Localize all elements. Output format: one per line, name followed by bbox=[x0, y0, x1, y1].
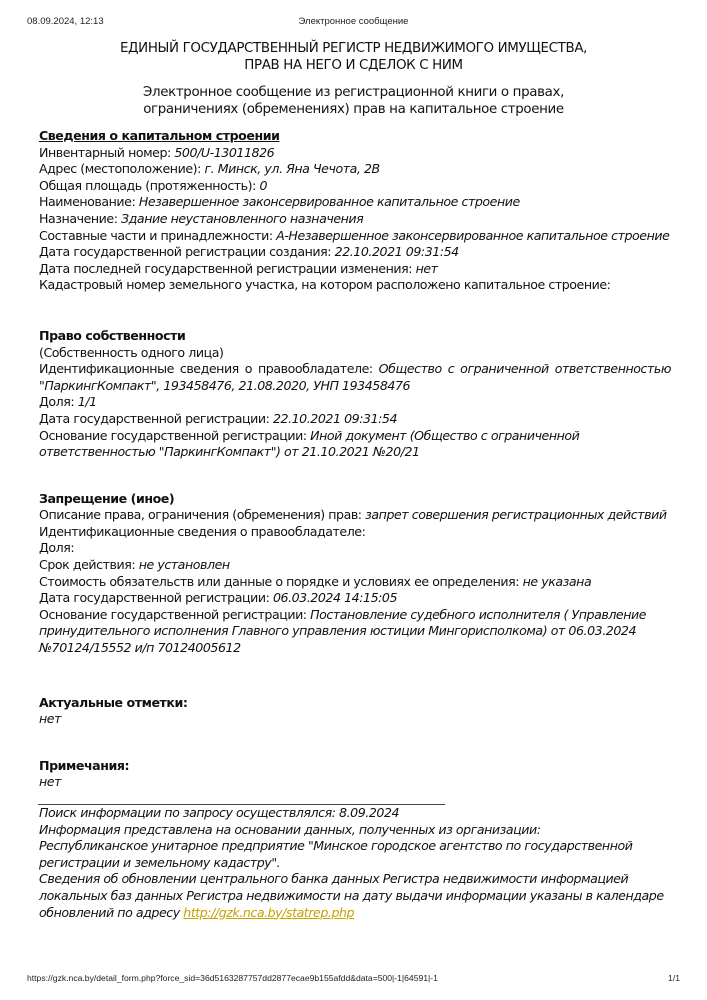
current-marks-value: нет bbox=[39, 711, 671, 728]
ownership-subheading: (Собственность одного лица) bbox=[39, 345, 671, 362]
field-label: Кадастровый номер земельного участка, на… bbox=[39, 277, 610, 292]
field-label: Доля: bbox=[39, 540, 74, 555]
field-label: Стоимость обязательств или данные о поря… bbox=[39, 574, 523, 589]
field-value: 0 bbox=[259, 178, 267, 193]
field-label: Наименование: bbox=[39, 194, 139, 209]
field-share: Доля: 1/1 bbox=[39, 394, 671, 411]
field-value: г. Минск, ул. Яна Чечота, 2В bbox=[204, 161, 379, 176]
footnote: Поиск информации по запросу осуществлялс… bbox=[39, 805, 671, 921]
field-purpose: Назначение: Здание неустановленного назн… bbox=[39, 211, 671, 228]
field-label: Дата государственной регистрации: bbox=[39, 590, 273, 605]
field-last-change-registration-date: Дата последней государственной регистрац… bbox=[39, 261, 671, 278]
field-value: 22.10.2021 09:31:54 bbox=[273, 411, 397, 426]
print-page-number: 1/1 bbox=[668, 973, 680, 983]
field-value: А-Незавершенное законсервированное капит… bbox=[276, 228, 669, 243]
print-header: 08.09.2024, 12:13 Электронное сообщение bbox=[0, 16, 707, 30]
field-restriction-description: Описание права, ограничения (обременения… bbox=[39, 507, 671, 524]
field-value: 22.10.2021 09:31:54 bbox=[335, 244, 459, 259]
prohibition-section: Запрещение (иное) Описание права, ограни… bbox=[39, 491, 671, 657]
field-value: не указана bbox=[523, 574, 592, 589]
field-label: Инвентарный номер: bbox=[39, 145, 174, 160]
prohibition-heading: Запрещение (иное) bbox=[39, 491, 671, 508]
field-components: Составные части и принадлежности: А-Неза… bbox=[39, 228, 671, 245]
field-registration-basis: Основание государственной регистрации: П… bbox=[39, 607, 671, 657]
field-value: 500/U-13011826 bbox=[174, 145, 274, 160]
print-url: https://gzk.nca.by/detail_form.php?force… bbox=[27, 973, 438, 983]
field-label: Адрес (местоположение): bbox=[39, 161, 204, 176]
footnote-update-info: Сведения об обновлении центрального банк… bbox=[39, 871, 671, 921]
current-marks-heading: Актуальные отметки: bbox=[39, 695, 671, 712]
field-registration-date: Дата государственной регистрации: 22.10.… bbox=[39, 411, 671, 428]
field-value: 1/1 bbox=[78, 394, 97, 409]
building-heading: Сведения о капитальном строении bbox=[39, 128, 671, 145]
document-content: Сведения о капитальном строении Инвентар… bbox=[39, 128, 671, 791]
field-value: Незавершенное законсервированное капитал… bbox=[139, 194, 520, 209]
field-value: нет bbox=[416, 261, 438, 276]
field-total-area: Общая площадь (протяженность): 0 bbox=[39, 178, 671, 195]
document-subtitle-line-1: Электронное сообщение из регистрационной… bbox=[0, 84, 707, 101]
notes-heading: Примечания: bbox=[39, 758, 671, 775]
current-marks-section: Актуальные отметки: нет bbox=[39, 695, 671, 728]
field-rightholder-info: Идентификационные сведения о правооблада… bbox=[39, 361, 671, 394]
field-label: Срок действия: bbox=[39, 557, 139, 572]
field-label: Дата государственной регистрации: bbox=[39, 411, 273, 426]
field-address: Адрес (местоположение): г. Минск, ул. Ян… bbox=[39, 161, 671, 178]
field-label: Основание государственной регистрации: bbox=[39, 607, 310, 622]
field-value: 06.03.2024 14:15:05 bbox=[273, 590, 397, 605]
field-label: Дата государственной регистрации создани… bbox=[39, 244, 335, 259]
field-name: Наименование: Незавершенное законсервиро… bbox=[39, 194, 671, 211]
document-subtitle-line-2: ограничениях (обременениях) прав на капи… bbox=[0, 101, 707, 118]
field-cadastral-number: Кадастровый номер земельного участка, на… bbox=[39, 277, 671, 294]
ownership-section: Право собственности (Собственность одног… bbox=[39, 328, 671, 461]
field-validity-period: Срок действия: не установлен bbox=[39, 557, 671, 574]
document-title: ЕДИНЫЙ ГОСУДАРСТВЕННЫЙ РЕГИСТР НЕДВИЖИМО… bbox=[0, 40, 707, 74]
field-label: Идентификационные сведения о правооблада… bbox=[39, 361, 379, 376]
field-label: Основание государственной регистрации: bbox=[39, 428, 310, 443]
field-value: Здание неустановленного назначения bbox=[121, 211, 363, 226]
print-page-title: Электронное сообщение bbox=[0, 16, 707, 27]
field-obligation-cost: Стоимость обязательств или данные о поря… bbox=[39, 574, 671, 591]
field-label: Общая площадь (протяженность): bbox=[39, 178, 259, 193]
footnote-source-org: Республиканское унитарное предприятие "М… bbox=[39, 838, 671, 871]
field-share: Доля: bbox=[39, 540, 671, 557]
footnote-source-intro: Информация представлена на основании дан… bbox=[39, 822, 671, 839]
document-title-line-2: ПРАВ НА НЕГО И СДЕЛОК С НИМ bbox=[0, 57, 707, 74]
field-creation-registration-date: Дата государственной регистрации создани… bbox=[39, 244, 671, 261]
field-registration-basis: Основание государственной регистрации: И… bbox=[39, 428, 671, 461]
field-inventory-number: Инвентарный номер: 500/U-13011826 bbox=[39, 145, 671, 162]
field-value: запрет совершения регистрационных действ… bbox=[365, 507, 666, 522]
field-label: Доля: bbox=[39, 394, 78, 409]
notes-value: нет bbox=[39, 774, 671, 791]
print-footer: https://gzk.nca.by/detail_form.php?force… bbox=[0, 973, 707, 987]
field-value: не установлен bbox=[139, 557, 230, 572]
field-label: Дата последней государственной регистрац… bbox=[39, 261, 416, 276]
building-section: Сведения о капитальном строении Инвентар… bbox=[39, 128, 671, 294]
field-label: Составные части и принадлежности: bbox=[39, 228, 276, 243]
document-subtitle: Электронное сообщение из регистрационной… bbox=[0, 84, 707, 118]
ownership-heading: Право собственности bbox=[39, 328, 671, 345]
field-rightholder-info: Идентификационные сведения о правооблада… bbox=[39, 524, 671, 541]
field-registration-date: Дата государственной регистрации: 06.03.… bbox=[39, 590, 671, 607]
field-label: Назначение: bbox=[39, 211, 121, 226]
statrep-link[interactable]: http://gzk.nca.by/statrep.php bbox=[183, 905, 354, 920]
footnote-search-date: Поиск информации по запросу осуществлялс… bbox=[39, 805, 671, 822]
field-label: Описание права, ограничения (обременения… bbox=[39, 507, 365, 522]
notes-section: Примечания: нет bbox=[39, 758, 671, 791]
document-title-line-1: ЕДИНЫЙ ГОСУДАРСТВЕННЫЙ РЕГИСТР НЕДВИЖИМО… bbox=[0, 40, 707, 57]
field-label: Идентификационные сведения о правооблада… bbox=[39, 524, 365, 539]
